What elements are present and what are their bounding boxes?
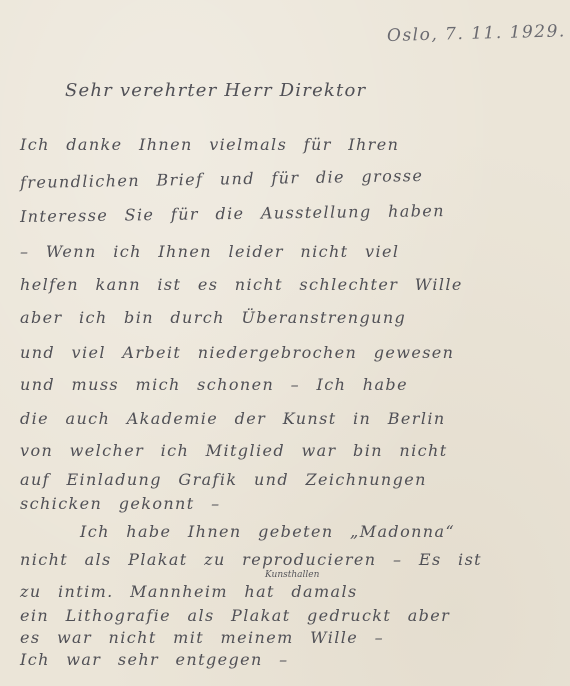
line-text: Ich danke Ihnen vielmals für Ihren bbox=[20, 135, 399, 154]
letter-line-15: zu intim. Mannheim hat damals bbox=[20, 582, 358, 601]
letter-line-18: Ich war sehr entgegen – bbox=[20, 650, 289, 669]
salutation: Sehr verehrter Herr Direktor bbox=[65, 80, 366, 101]
letter-line-4: – Wenn ich Ihnen leider nicht viel bbox=[20, 242, 399, 261]
place-date: Oslo, 7. 11. 1929. bbox=[387, 21, 566, 46]
letter-line-14: nicht als Plakat zu reproducieren – Es i… bbox=[20, 550, 482, 569]
letter-line-8: und muss mich schonen – Ich habe bbox=[20, 375, 408, 394]
letter-line-1: Ich danke Ihnen vielmals für Ihren bbox=[20, 135, 399, 154]
letter-line-13: Ich habe Ihnen gebeten „Madonna“ bbox=[80, 522, 455, 541]
letter-line-2: freundlichen Brief und für die grosse bbox=[20, 166, 424, 192]
letter-line-11: auf Einladung Grafik und Zeichnungen bbox=[20, 470, 427, 489]
letter-line-10: von welcher ich Mitglied war bin nicht bbox=[20, 441, 448, 460]
letter-line-9: die auch Akademie der Kunst in Berlin bbox=[20, 409, 446, 428]
interlinear-insert: Kunsthallen bbox=[265, 570, 319, 580]
letter-line-16: ein Lithografie als Plakat gedruckt aber bbox=[20, 606, 450, 625]
letter-line-12: schicken gekonnt – bbox=[20, 494, 220, 513]
letter-line-5: helfen kann ist es nicht schlechter Will… bbox=[20, 275, 463, 294]
letter-line-17: es war nicht mit meinem Wille – bbox=[20, 628, 384, 647]
letter-line-7: und viel Arbeit niedergebrochen gewesen bbox=[20, 343, 454, 362]
letter-line-3: Interesse Sie für die Ausstellung haben bbox=[20, 201, 445, 226]
letter-page: Oslo, 7. 11. 1929. Sehr verehrter Herr D… bbox=[0, 0, 570, 686]
letter-line-6: aber ich bin durch Überanstrengung bbox=[20, 308, 406, 327]
